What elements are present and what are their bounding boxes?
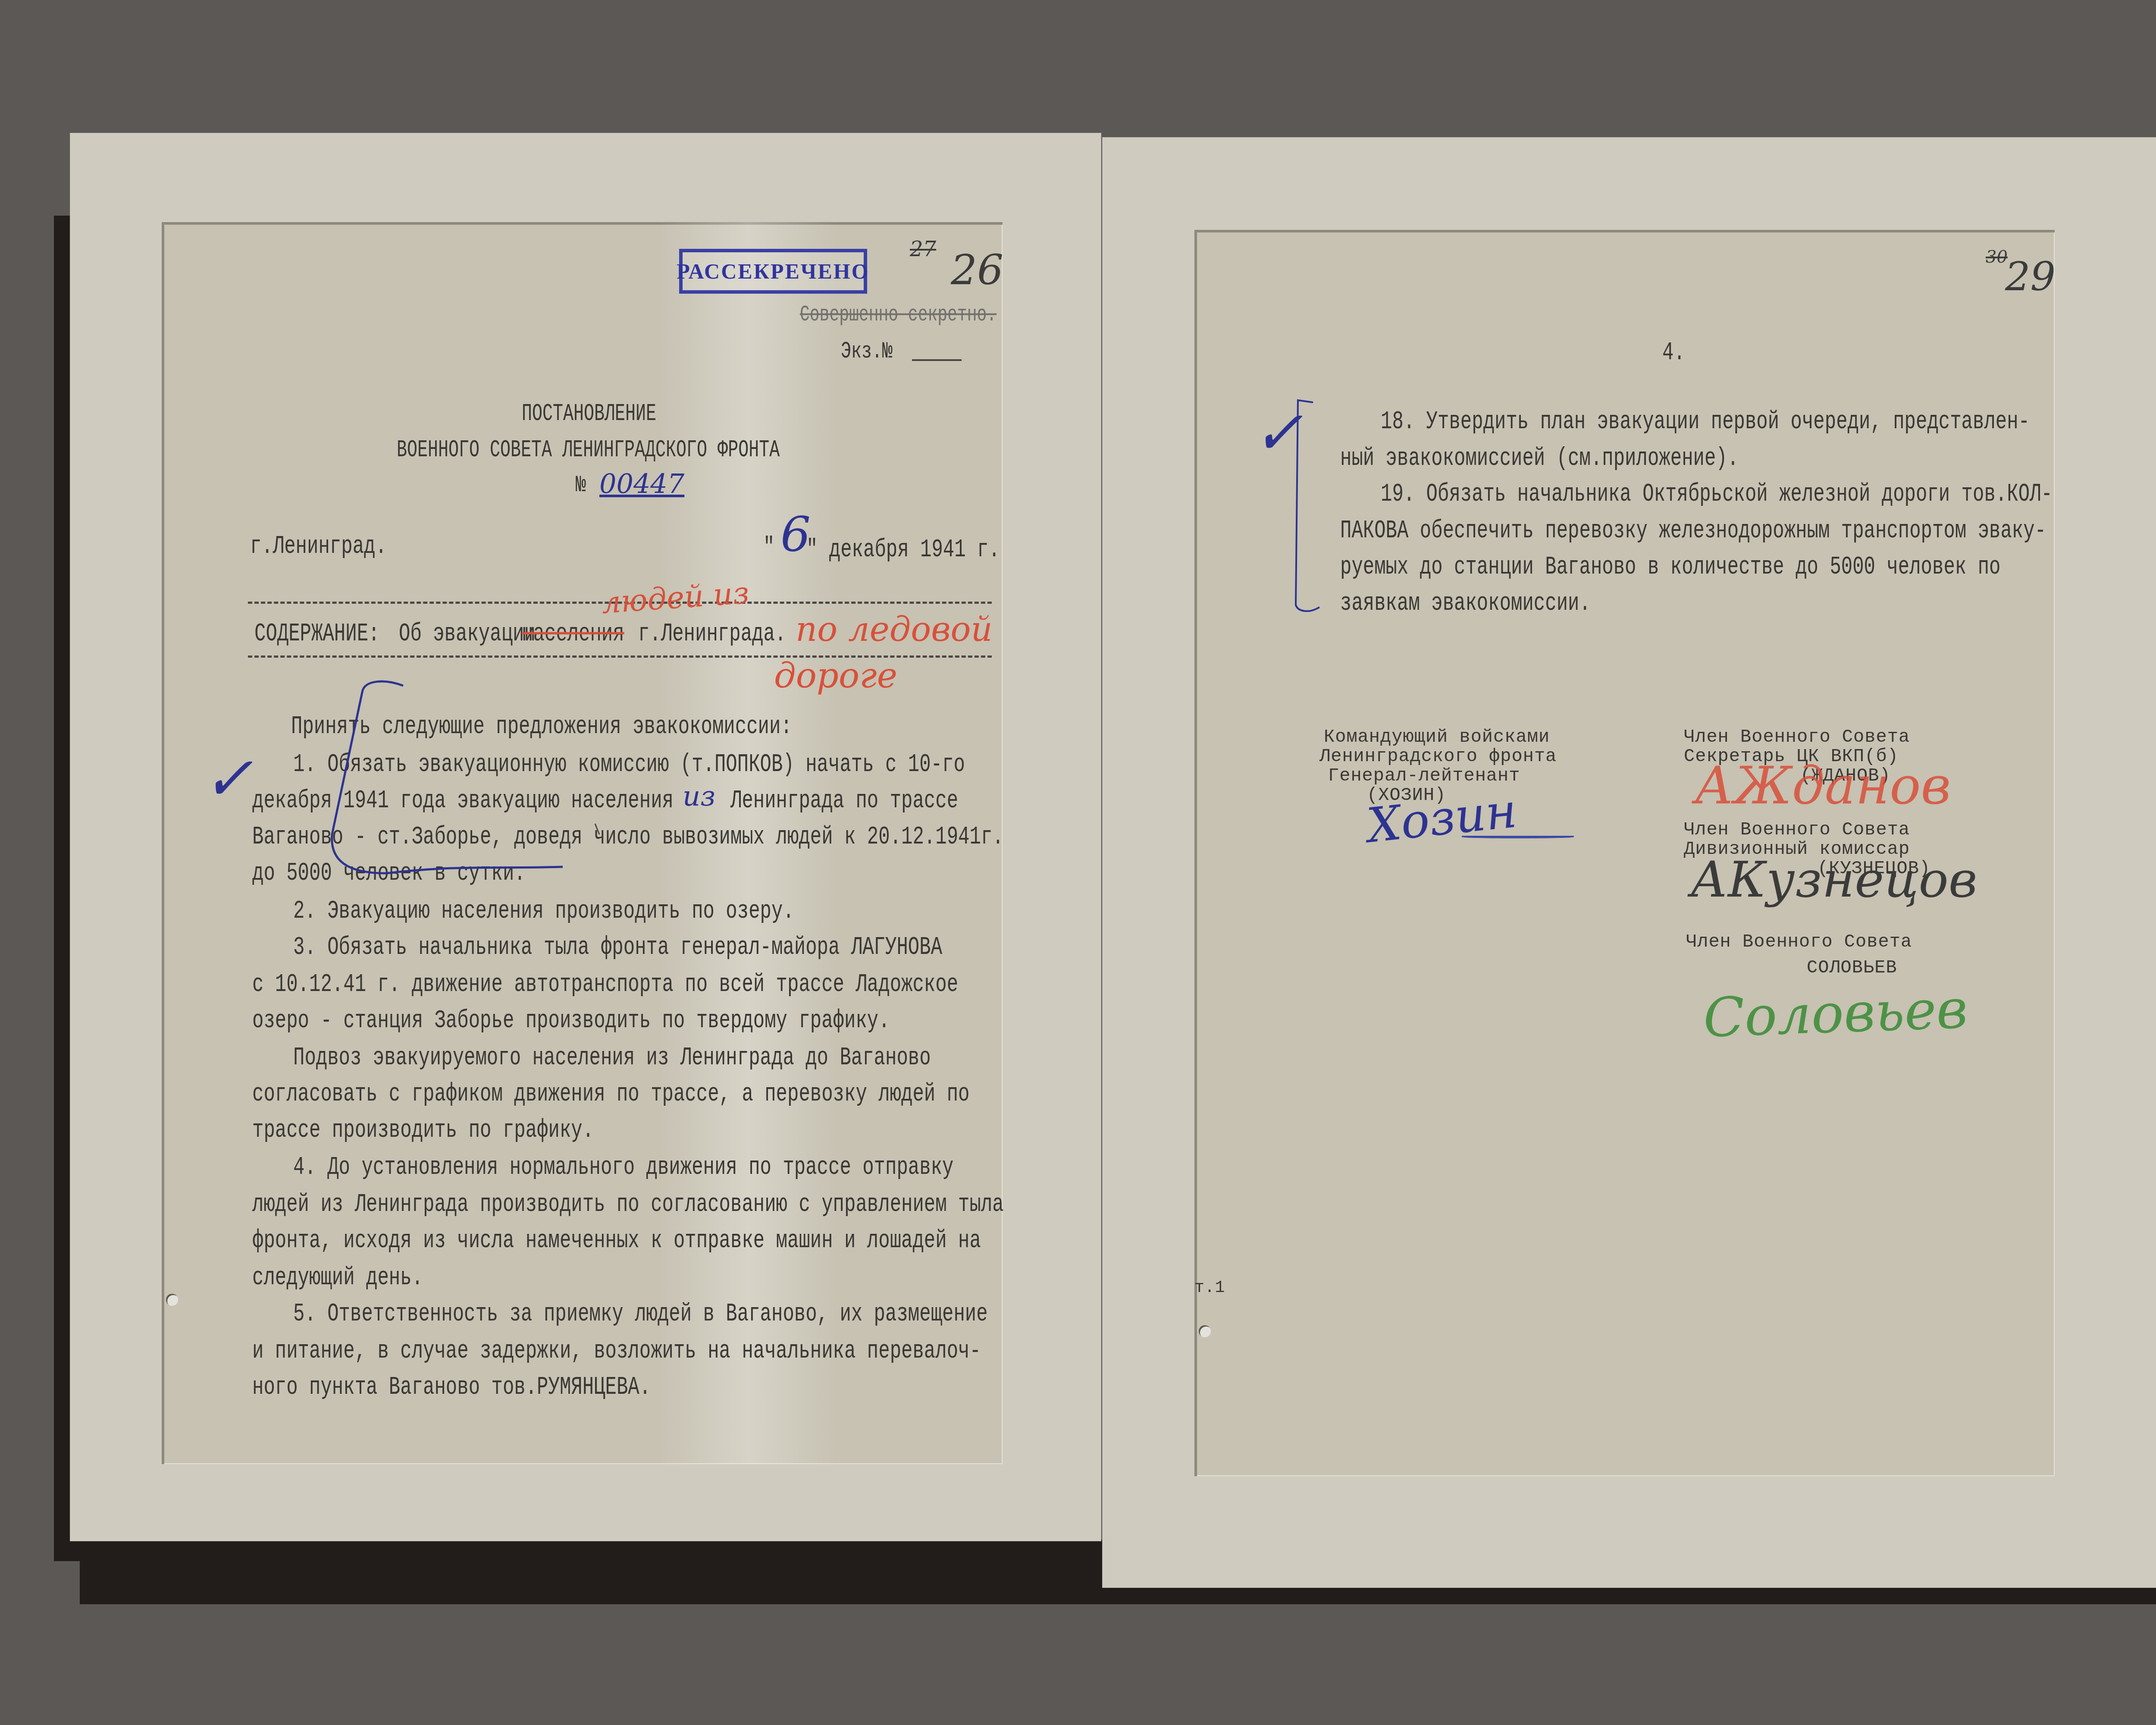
- item3-line3: озеро - станция Заборье производить по т…: [252, 1008, 890, 1033]
- item1-line3: Ваганово - ст.Заборье, доведя число выво…: [252, 824, 1004, 850]
- item1-insert: из: [683, 781, 715, 812]
- city: г.Ленинград.: [250, 533, 387, 559]
- folio-number: 26: [951, 246, 1003, 294]
- declassified-stamp: РАССЕКРЕЧЕНО: [679, 249, 867, 294]
- item19-line3: руемых до станции Ваганово в количестве …: [1340, 554, 2000, 580]
- item3b-line2: согласовать с графиком движения по трасс…: [252, 1081, 969, 1107]
- item4-line1: 4. До установления нормального движения …: [293, 1154, 953, 1180]
- member3-title: Член Военного Совета: [1686, 933, 1912, 951]
- decree-title: ПОСТАНОВЛЕНИЕ: [522, 402, 656, 427]
- date-rest: " декабря 1941 г.: [806, 537, 1000, 562]
- folio-number: 29: [2005, 254, 2056, 300]
- punch-hole-icon: [1199, 1325, 1211, 1337]
- member1-title-1: Член Военного Совета: [1684, 728, 1910, 746]
- subject-label: СОДЕРЖАНИЕ:: [254, 621, 379, 646]
- annotation-insert: людей из: [601, 575, 750, 621]
- item3b-line1: Подвоз эвакуируемого населения из Ленинг…: [293, 1045, 931, 1070]
- check-mark-icon: ✓: [203, 744, 253, 814]
- intro-line: Принять следующие предложения эвакокомис…: [291, 714, 792, 739]
- item4-line4: следующий день.: [252, 1265, 423, 1290]
- item3-line2: с 10.12.41 г. движение автотранспорта по…: [252, 972, 958, 997]
- commander-title-2: Ленинградского фронта: [1319, 747, 1557, 765]
- member1-signature: АЖданов: [1695, 756, 1951, 816]
- page-number: 4.: [1662, 340, 1685, 365]
- check-mark-icon: ✓: [1253, 398, 1303, 468]
- item19-line4: заявкам эвакокомиссии.: [1340, 590, 1591, 616]
- item5-line2: и питание, в случае задержки, возложить …: [252, 1338, 981, 1364]
- punch-hole-icon: [166, 1294, 178, 1306]
- item19-line1: 19. Обязать начальника Октябрьской желез…: [1381, 481, 2053, 507]
- number-label: №: [576, 474, 586, 498]
- item18-line2: ный эвакокомиссией (см.приложение).: [1340, 445, 1739, 471]
- subject-divider-bottom: [248, 655, 992, 658]
- item2: 2. Эвакуацию населения производить по оз…: [293, 898, 794, 924]
- item1-line4: до 5000 человек в сутки.: [252, 860, 526, 886]
- subject-struck-word: населения: [522, 621, 624, 646]
- member2-signature: АКузнецов: [1690, 851, 1977, 909]
- subject-rest: г.Ленинграда.: [638, 621, 786, 646]
- folio-struck: 30: [1986, 247, 2008, 267]
- item4-line2: людей из Ленинграда производить по согла…: [252, 1192, 1004, 1217]
- item5-line1: 5. Ответственность за приемку людей в Ва…: [293, 1301, 988, 1327]
- item19-line2: ПАКОВА обеспечить перевозку железнодорож…: [1340, 518, 2046, 543]
- member3-name: СОЛОВЬЕВ: [1807, 959, 1897, 977]
- item5-line3: ного пункта Ваганово тов.РУМЯНЦЕВА.: [252, 1374, 651, 1400]
- left-document: 27 26 РАССЕКРЕЧЕНО Совершенно секретно. …: [162, 222, 1003, 1464]
- copy-number-blank: [912, 359, 962, 361]
- subject-text: Об эвакуации: [399, 621, 536, 646]
- signature-flourish: [1462, 836, 1574, 838]
- item1-line1: 1. Обязать эвакуационную комиссию (т.ПОП…: [293, 752, 965, 777]
- item4-line3: фронта, исходя из числа намеченных к отп…: [252, 1228, 981, 1253]
- right-document: 30 29 4. ✓ 18. Утвердить план эвакуации …: [1194, 230, 2055, 1476]
- item3b-line3: трассе производить по графику.: [252, 1117, 594, 1143]
- decree-issuer: ВОЕННОГО СОВЕТА ЛЕНИНГРАДСКОГО ФРОНТА: [397, 439, 780, 463]
- item3-line1: 3. Обязать начальника тыла фронта генера…: [293, 935, 942, 960]
- member3-signature: Соловьев: [1702, 978, 1969, 1049]
- stamp-text: РАССЕКРЕЧЕНО: [677, 259, 869, 284]
- footer-mark: т.1: [1194, 1280, 1225, 1296]
- annotation-route-line1: по ледовой: [796, 610, 993, 649]
- member2-title-1: Член Военного Совета: [1684, 821, 1910, 839]
- annotation-route-line2: дороге: [774, 655, 897, 696]
- struck-classification: Совершенно секретно.: [800, 304, 997, 326]
- commander-title-1: Командующий войсками: [1324, 728, 1550, 746]
- copy-label: Экз.№: [841, 341, 893, 364]
- item1-line2: декабря 1941 года эвакуацию населения Ле…: [252, 788, 958, 813]
- item18-line1: 18. Утвердить план эвакуации первой очер…: [1381, 409, 2030, 434]
- decree-number: 00447: [599, 468, 684, 499]
- folio-struck: 27: [910, 237, 936, 261]
- date-quote: ": [763, 535, 774, 560]
- commander-title-3: Генерал-лейтенант: [1328, 767, 1520, 785]
